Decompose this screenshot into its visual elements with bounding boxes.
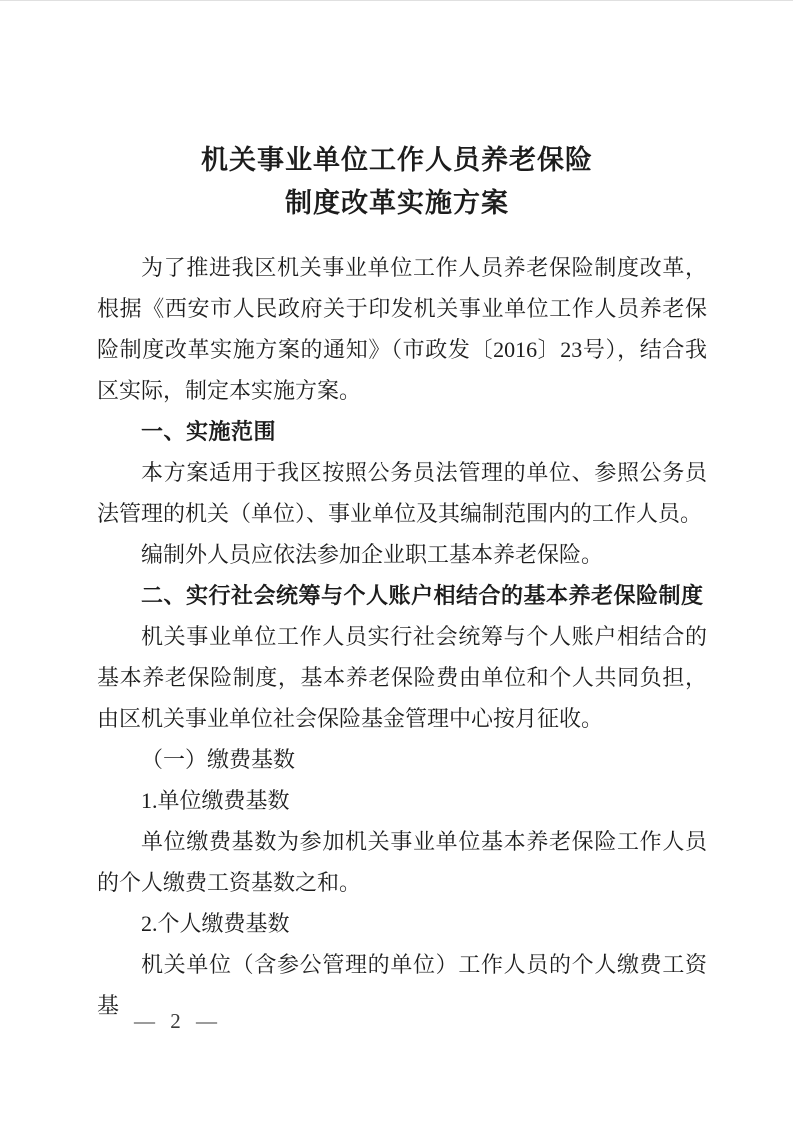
paragraph-preamble: 为了推进我区机关事业单位工作人员养老保险制度改革，根据《西安市人民政府关于印发机… [97, 247, 707, 411]
paragraph-unit-base-detail: 单位缴费基数为参加机关事业单位基本养老保险工作人员的个人缴费工资基数之和。 [97, 821, 707, 903]
paragraph-insurance-system: 机关事业单位工作人员实行社会统筹与个人账户相结合的基本养老保险制度，基本养老保险… [97, 616, 707, 739]
title-line-1: 机关事业单位工作人员养老保险 [92, 139, 702, 182]
document-page: 机关事业单位工作人员养老保险 制度改革实施方案 为了推进我区机关事业单位工作人员… [0, 0, 793, 1122]
document-title: 机关事业单位工作人员养老保险 制度改革实施方案 [92, 139, 702, 225]
item-1-unit-base: 1.单位缴费基数 [97, 780, 707, 821]
subsection-heading-contribution-base: （一）缴费基数 [97, 739, 707, 780]
paragraph-non-staff: 编制外人员应依法参加企业职工基本养老保险。 [97, 534, 707, 575]
paragraph-scope: 本方案适用于我区按照公务员法管理的单位、参照公务员法管理的机关（单位）、事业单位… [97, 452, 707, 534]
section-1-heading: 一、实施范围 [97, 411, 707, 452]
section-2-heading: 二、实行社会统筹与个人账户相结合的基本养老保险制度 [97, 575, 707, 616]
page-number: — 2 — [134, 1009, 222, 1034]
title-line-2: 制度改革实施方案 [92, 182, 702, 225]
document-body: 为了推进我区机关事业单位工作人员养老保险制度改革，根据《西安市人民政府关于印发机… [97, 247, 707, 1026]
item-2-personal-base: 2.个人缴费基数 [97, 903, 707, 944]
